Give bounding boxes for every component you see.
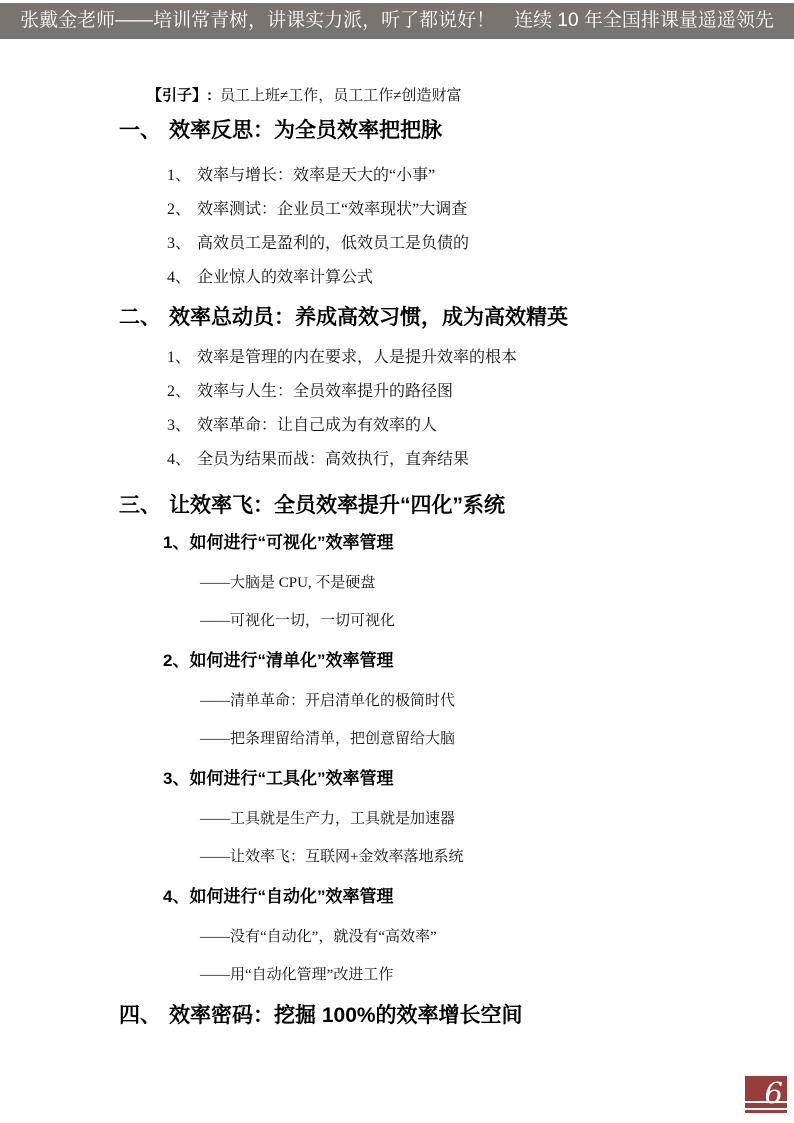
- item-number: 2、: [167, 200, 197, 220]
- note-line: ——没有“自动化”，就没有“高效率”: [200, 927, 794, 947]
- section-number: 三、: [119, 493, 169, 519]
- header-text: 张戴金老师——培训常青树，讲课实力派，听了都说好！ 连续 10 年全国排课量遥遥…: [20, 10, 774, 31]
- item-text: 效率与增长：效率是天大的“小事”: [197, 167, 435, 184]
- section-number: 四、: [119, 1003, 169, 1029]
- item-text: 全员为结果而战：高效执行，直奔结果: [197, 451, 469, 468]
- item-number: 2、: [167, 382, 197, 402]
- footer-rule: [745, 1110, 787, 1113]
- section-number: 二、: [119, 305, 169, 331]
- note-line: ——让效率飞：互联网+金效率落地系统: [200, 847, 794, 867]
- note-line: ——可视化一切，一切可视化: [200, 611, 794, 631]
- note-line: ——工具就是生产力，工具就是加速器: [200, 809, 794, 829]
- page-number-box: 6: [745, 1076, 787, 1113]
- subsection-title: 如何进行“工具化”效率管理: [189, 769, 393, 788]
- subsection-heading: 1、如何进行“可视化”效率管理: [163, 531, 794, 555]
- subsection-heading: 3、如何进行“工具化”效率管理: [163, 767, 794, 791]
- outline-item: 1、效率与增长：效率是天大的“小事”: [167, 166, 794, 186]
- item-number: 3、: [167, 234, 197, 254]
- note-line: ——清单革命：开启清单化的极简时代: [200, 691, 794, 711]
- document-page: 张戴金老师——培训常青树，讲课实力派，听了都说好！ 连续 10 年全国排课量遥遥…: [0, 0, 794, 1123]
- section-heading-2: 二、 效率总动员：养成高效习惯，成为高效精英: [119, 305, 794, 331]
- note-line: ——用“自动化管理”改进工作: [200, 965, 794, 985]
- section-heading-3: 三、 让效率飞：全员效率提升“四化”系统: [119, 493, 794, 519]
- subsection-number: 2、: [163, 651, 189, 670]
- page-number-badge: 6: [745, 1076, 787, 1108]
- subsection-title: 如何进行“可视化”效率管理: [189, 533, 393, 552]
- section-title: 效率总动员：养成高效习惯，成为高效精英: [169, 305, 568, 331]
- intro-text: 员工上班≠工作，员工工作≠创造财富: [220, 88, 461, 104]
- subsection-heading: 2、如何进行“清单化”效率管理: [163, 649, 794, 673]
- subsection-number: 1、: [163, 533, 189, 552]
- outline-item: 3、效率革命：让自己成为有效率的人: [167, 416, 794, 436]
- note-line: ——大脑是 CPU, 不是硬盘: [200, 573, 794, 593]
- item-number: 3、: [167, 416, 197, 436]
- section-heading-4: 四、 效率密码：挖掘 100%的效率增长空间: [119, 1003, 794, 1029]
- outline-item: 1、效率是管理的内在要求，人是提升效率的根本: [167, 348, 794, 368]
- item-text: 效率测试：企业员工“效率现状”大调查: [197, 201, 467, 218]
- outline-item: 2、效率与人生：全员效率提升的路径图: [167, 382, 794, 402]
- outline-item: 3、高效员工是盈利的，低效员工是负债的: [167, 234, 794, 254]
- section-title: 效率密码：挖掘 100%的效率增长空间: [169, 1003, 523, 1029]
- item-text: 效率是管理的内在要求，人是提升效率的根本: [197, 349, 517, 366]
- subsection-number: 4、: [163, 887, 189, 906]
- header-banner: 张戴金老师——培训常青树，讲课实力派，听了都说好！ 连续 10 年全国排课量遥遥…: [0, 3, 794, 39]
- section-title: 效率反思：为全员效率把把脉: [169, 118, 442, 144]
- item-number: 1、: [167, 348, 197, 368]
- intro-line: 【引子】:员工上班≠工作，员工工作≠创造财富: [147, 86, 794, 106]
- outline-item: 4、企业惊人的效率计算公式: [167, 268, 794, 288]
- page-number: 6: [765, 1079, 783, 1108]
- section-title: 让效率飞：全员效率提升“四化”系统: [169, 493, 505, 519]
- note-line: ——把条理留给清单，把创意留给大脑: [200, 729, 794, 749]
- subsection-heading: 4、如何进行“自动化”效率管理: [163, 885, 794, 909]
- item-number: 4、: [167, 268, 197, 288]
- item-text: 高效员工是盈利的，低效员工是负债的: [197, 235, 469, 252]
- item-text: 企业惊人的效率计算公式: [197, 269, 373, 286]
- section-heading-1: 一、 效率反思：为全员效率把把脉: [119, 118, 794, 144]
- item-number: 1、: [167, 166, 197, 186]
- item-text: 效率与人生：全员效率提升的路径图: [197, 383, 453, 400]
- outline-item: 2、效率测试：企业员工“效率现状”大调查: [167, 200, 794, 220]
- item-number: 4、: [167, 450, 197, 470]
- page-number-rule: [745, 1101, 787, 1103]
- subsection-number: 3、: [163, 769, 189, 788]
- subsection-title: 如何进行“清单化”效率管理: [189, 651, 393, 670]
- outline-item: 4、全员为结果而战：高效执行，直奔结果: [167, 450, 794, 470]
- intro-label: 【引子】:: [147, 87, 212, 104]
- section-number: 一、: [119, 118, 169, 144]
- item-text: 效率革命：让自己成为有效率的人: [197, 417, 437, 434]
- subsection-title: 如何进行“自动化”效率管理: [189, 887, 393, 906]
